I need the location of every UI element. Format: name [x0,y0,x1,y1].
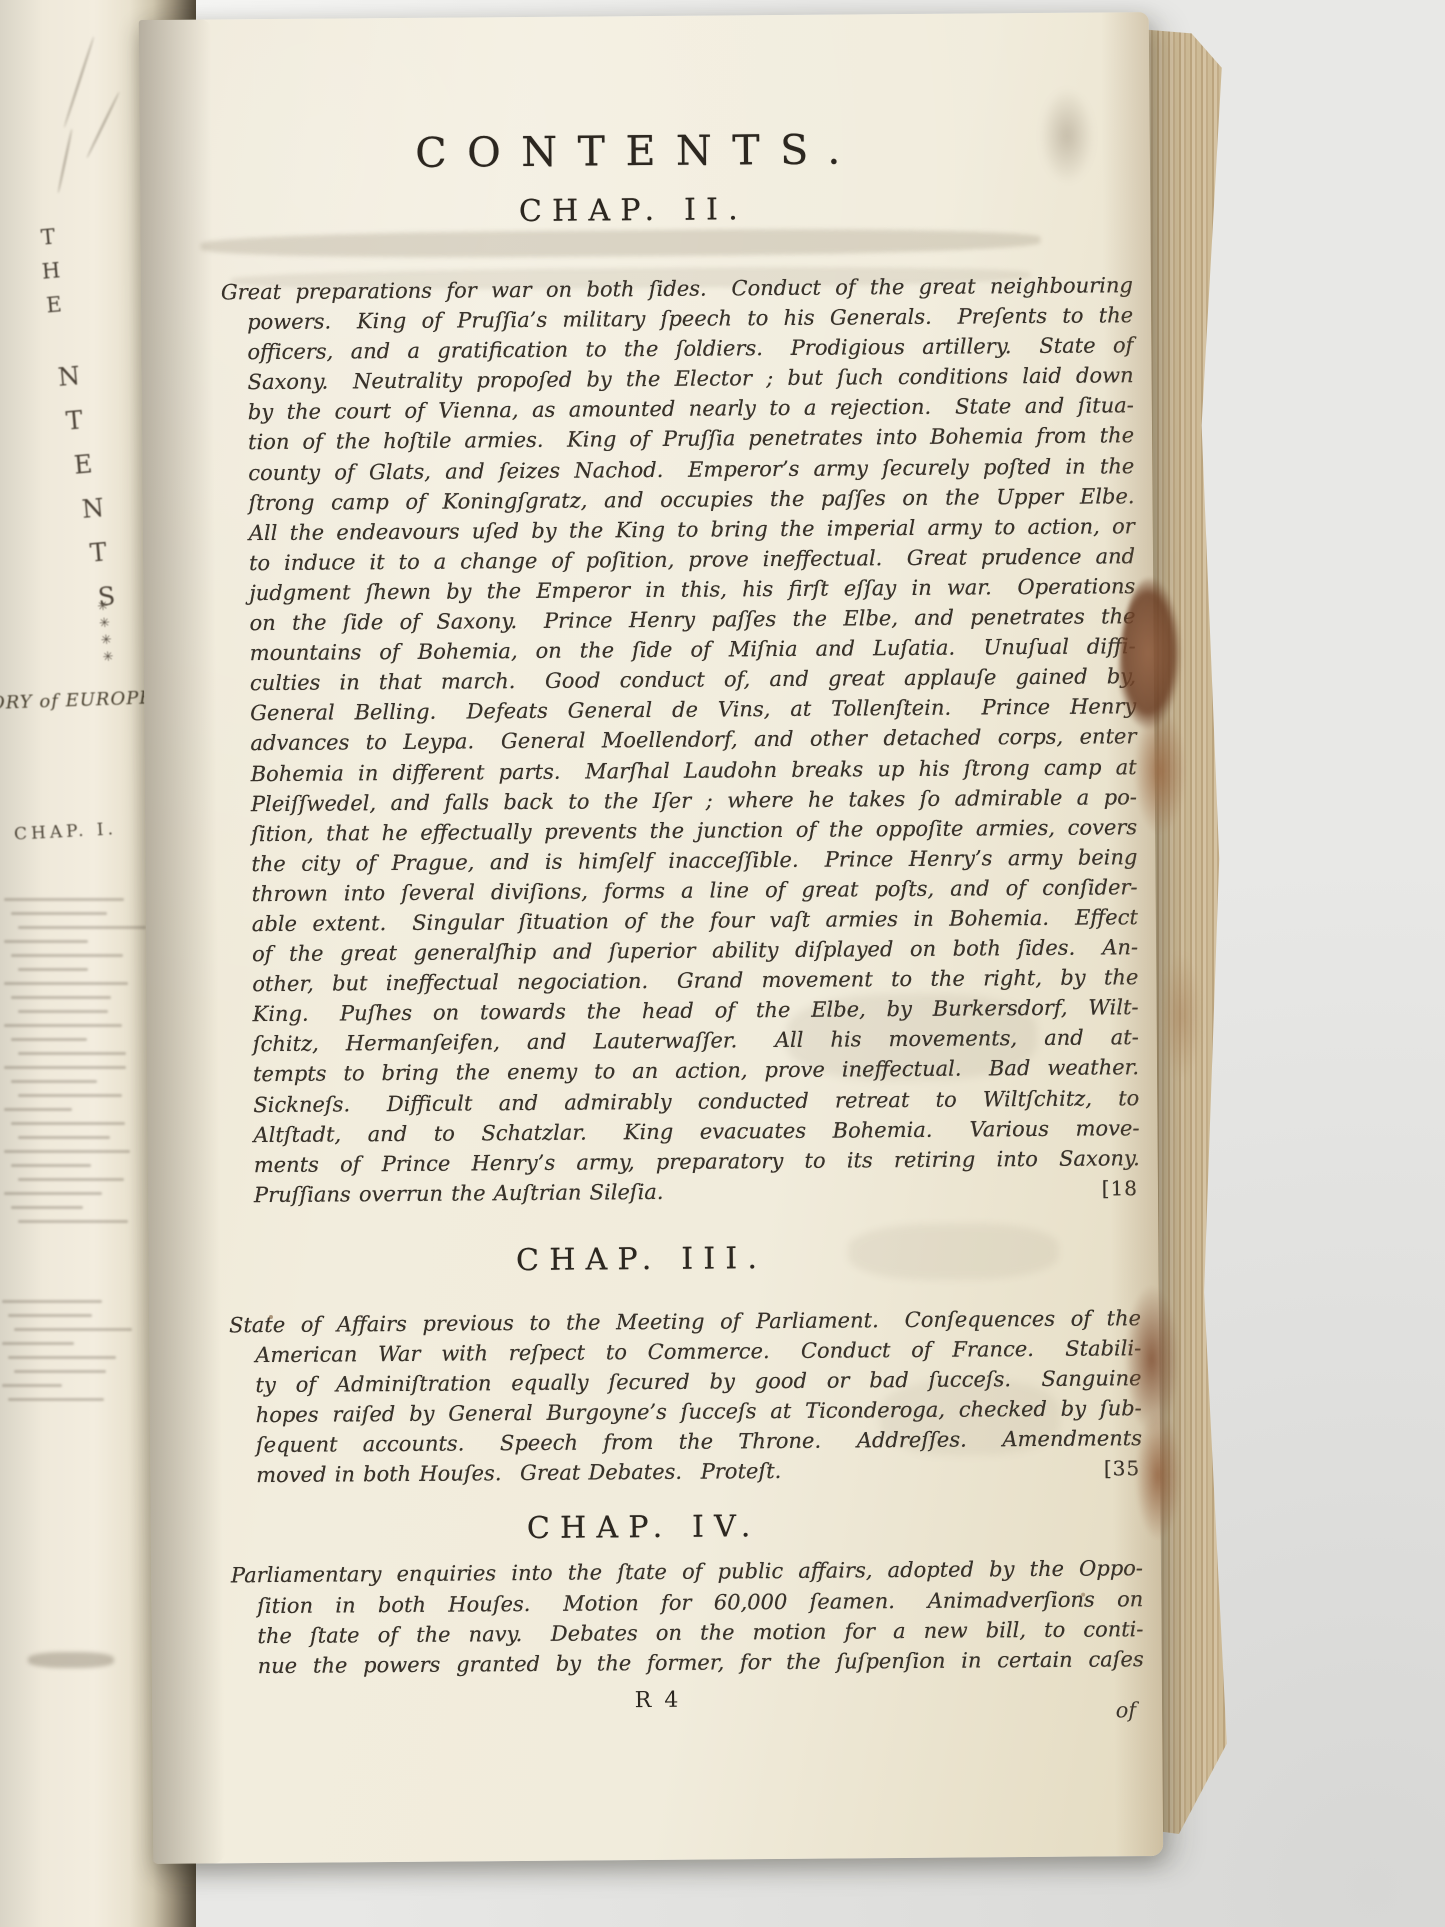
adjacent-title-letter: N [81,493,105,524]
ghost-line [18,1010,108,1013]
ghost-line [4,940,88,943]
ghost-line [11,1122,125,1125]
ghost-line [8,1314,92,1317]
page-curl-mark [57,129,73,194]
spine-letter: H [37,253,66,289]
adjacent-title-letter: E [73,449,94,479]
ghost-line [8,1398,104,1401]
summary-line-text: Pruſſians overrun the Auſtrian Sileſia. [254,1177,664,1210]
page-title: CONTENTS. [172,125,1084,178]
ghost-line [11,1164,91,1167]
ghost-line [4,1192,102,1195]
ghost-line [11,912,107,915]
summary-line: moved in both Houſes. Great Debates. Pro… [230,1454,1142,1491]
ghost-line [4,898,124,901]
fore-edge-stain [1160,952,1202,1080]
ghost-text-lines [4,898,146,1223]
ghost-line [14,1370,106,1373]
ghost-line [2,1342,74,1345]
ghost-line [4,1150,130,1153]
ghost-text-lines [2,1300,132,1401]
catchword: of [1116,1698,1137,1722]
contents-page: CONTENTS. CHAP. II.Great preparations fo… [139,12,1163,1864]
book-photograph: THE NTENTS ✳✳✳✳ ORY of EUROPE. CHAP. I. … [0,0,1445,1927]
chapter-summary: Parliamentary enquiries into the ſtate o… [231,1554,1144,1682]
ghost-line [18,1052,126,1055]
adjacent-title-letter: T [65,405,84,435]
adjacent-chapter-heading: CHAP. I. [14,819,118,844]
chapter-heading: CHAP. III. [180,1239,1092,1280]
adjacent-page-half-title: THE [34,219,69,323]
spine-letter: E [40,287,69,323]
chapter-heading: CHAP. II. [172,191,1084,232]
page-curl-mark [86,91,120,158]
summary-line: Pruſſians overrun the Auſtrian Sileſia.[… [228,1173,1140,1210]
ghost-line [4,1066,126,1069]
ghost-line [18,1220,128,1223]
ghost-line [8,1356,116,1359]
ghost-line [11,954,123,957]
adjacent-title-letter: N [57,361,81,392]
page-footer: R 4 of [232,1684,1144,1751]
ghost-line [11,1080,97,1083]
page-corner-shadow [1040,88,1094,184]
chapter-heading: CHAP. IV. [183,1508,1095,1549]
ghost-line [11,1038,87,1041]
summary-line: nue the powers granted by the former, fo… [232,1644,1144,1681]
spine-letter: T [34,219,63,255]
table-of-contents: CHAP. II.Great preparations for war on b… [220,190,1144,1681]
ghost-line [4,982,128,985]
printer-signature: R 4 [202,1684,1114,1716]
chapter-summary: State of Affairs previous to the Meeting… [229,1303,1142,1491]
page-reference: [18 [1102,1173,1141,1203]
ghost-line [4,1108,72,1111]
ghost-line [4,1024,122,1027]
ghost-line [2,1300,102,1303]
ghost-line [18,1094,122,1097]
ghost-line [11,996,111,999]
ghost-line [18,968,88,971]
ghost-text-smudge [28,1652,114,1668]
ghost-line [14,1328,132,1331]
ghost-line [18,926,146,929]
ornament-glyph: ✳ [100,631,113,649]
ghost-line [2,1384,62,1387]
type-area: CONTENTS. CHAP. II.Great preparations fo… [219,12,1145,1751]
page-curl-mark [63,36,95,128]
ornament-glyph: ✳ [98,615,111,633]
adjacent-running-title: ORY of EUROPE. [0,687,161,714]
ghost-line [11,1206,83,1209]
ghost-line [18,1136,110,1139]
adjacent-title-letter: T [89,537,108,567]
chapter-summary: Great preparations for war on both ſides… [221,270,1140,1210]
summary-line-text: moved in both Houſes. Great Debates. Pro… [256,1456,781,1490]
ornament-glyph: ✳ [96,598,109,616]
ghost-line [18,1178,124,1181]
ornament-glyph: ✳ [102,648,115,666]
